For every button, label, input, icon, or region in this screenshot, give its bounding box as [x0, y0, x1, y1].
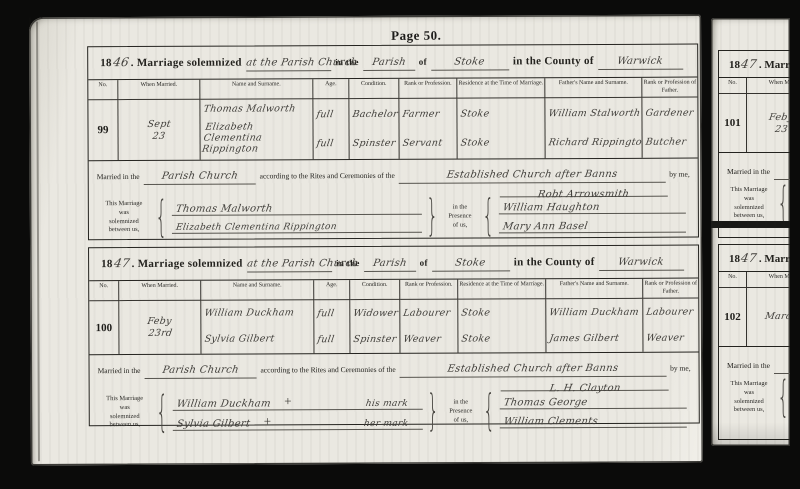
solemnized-section: This Marriage was solemnized between us,…: [89, 197, 698, 240]
groom-name: William Duckham: [203, 309, 311, 320]
fathers-cell: William Stalworth Richard Rippington: [545, 98, 642, 158]
year-handwritten: 47: [740, 251, 758, 265]
rites-fill: Established Church after Banns: [399, 164, 666, 184]
witness1-signature: Thomas George: [503, 397, 589, 408]
bride-mark-text: her mark: [363, 419, 409, 429]
label-of: of: [419, 57, 427, 67]
col-header-profession: Rank or Profession.: [400, 280, 458, 300]
witness2-signature: William Clements: [503, 415, 599, 426]
groom-profession: Farmer: [402, 109, 455, 120]
col-header-profession: Rank or Profession.: [399, 79, 457, 99]
register-table: No. When Married. Name and Surname. Age.…: [88, 77, 697, 162]
groom-profession: Labourer: [402, 308, 455, 319]
bride-signature-line: Sylvia Gilbert + her mark: [172, 413, 422, 431]
this-marriage-l3: solemnized: [110, 412, 140, 419]
bride-condition: Spinster: [353, 334, 398, 345]
presence-l1: in the: [453, 398, 468, 405]
parish-word-handwritten: Parish: [372, 258, 407, 269]
witness2-line: Mary Ann Basel: [499, 217, 686, 233]
year-printed: 18: [101, 258, 113, 270]
bride-signature-line: Elizabeth Clementina Rippington: [171, 218, 421, 234]
bride-father-profession: Weaver: [646, 332, 697, 343]
parish-line: Stoke: [432, 252, 510, 271]
place-line: at the Parish Church: [247, 253, 333, 272]
witness1-line: Thomas George: [499, 393, 686, 409]
entry-no-cell: 102: [719, 288, 747, 346]
presence-l2: Presence: [448, 213, 471, 220]
this-marriage-label: This Marriage was solemnized between us,: [95, 200, 153, 235]
when-day: 23: [774, 124, 788, 135]
place-handwritten: at the Parish Church: [246, 258, 359, 269]
when-married-month: Feby: [147, 316, 173, 327]
col-header-no: No.: [719, 272, 747, 288]
bride-profession: Weaver: [403, 333, 456, 344]
father-professions-cell: Gardener Butcher: [642, 98, 697, 158]
witness-brace: {: [483, 389, 495, 432]
col-header-name: Name and Surname.: [201, 280, 314, 300]
witness2-line: William Clements: [499, 412, 686, 428]
open-brace: {: [156, 391, 168, 434]
when-married-cell: Feby 23rd: [119, 301, 201, 354]
year-printed: 18: [729, 59, 740, 71]
entry-number: 102: [724, 311, 741, 323]
page-edge: [36, 21, 40, 461]
label-of: of: [420, 258, 428, 268]
bride-father: Richard Rippington: [548, 137, 640, 148]
col-header-when-married: When Married.: [119, 281, 201, 301]
year-handwritten: 47: [113, 256, 131, 270]
close-brace: }: [426, 195, 438, 238]
witness2-signature: Mary Ann Basel: [502, 221, 589, 232]
married-in-fill: Parish Church: [144, 165, 256, 184]
this-marriage-label: This Marriage was solemnized between us,: [723, 380, 775, 415]
married-in-handwritten: Parish Church: [161, 171, 239, 182]
col-header-age: Age.: [314, 280, 350, 300]
residences-cell: Stoke Stoke: [457, 98, 545, 158]
this-marriage-l2: was: [744, 389, 754, 396]
groom-mark-cross: +: [284, 393, 291, 409]
block1-title: 18 46 . Marriage solemnized at the Paris…: [88, 45, 697, 80]
minister-fill: L. H. Clayton: [501, 378, 669, 392]
witness1-line: William Haughton: [498, 198, 685, 214]
this-marriage-l4: between us,: [734, 212, 765, 219]
groom-age: full: [316, 308, 347, 319]
bride-mark-cross: +: [264, 413, 271, 429]
place-line: at the Parish Church: [246, 52, 332, 71]
col-header-when: When Mar: [747, 78, 790, 94]
when-married-day: 23rd: [147, 328, 173, 339]
this-marriage-l1: This Marriage: [730, 186, 767, 193]
presence-l2: Presence: [449, 407, 472, 414]
label-rites: according to the Rites and Ceremonies of…: [260, 365, 395, 375]
married-in-line: Married in the Parish Church according t…: [89, 159, 698, 186]
col-header-no: No.: [719, 78, 747, 94]
bride-residence: Stoke: [460, 137, 543, 148]
label-by-me: by me,: [669, 170, 689, 179]
year-printed: 18: [100, 57, 112, 69]
right-register-table: No. When Mar 102 March: [719, 271, 790, 347]
witness-brace: {: [482, 195, 494, 238]
married-in-fill: Wa: [774, 355, 790, 374]
bride-residence: Stoke: [461, 333, 544, 344]
entry-number: 100: [96, 322, 113, 334]
block2-title: 18 47 . Marriage solemnized at the Paris…: [89, 246, 698, 281]
groom-mark-text: his mark: [365, 399, 409, 409]
fathers-cell: William Duckham James Gilbert: [546, 299, 643, 352]
groom-signature-line: William Duckham + his mark: [172, 393, 422, 411]
year-handwritten: 47: [740, 57, 758, 71]
married-in-handwritten: Parish Church: [162, 365, 240, 376]
minister-signature-line: Robt Arrowsmith: [89, 183, 698, 200]
register-page-left: Page 50. 18 46 . Marriage solemnized at …: [29, 15, 703, 466]
solemnized-section: This Marriage was solemnized between us,…: [719, 180, 790, 221]
groom-father-profession: Labourer: [645, 307, 696, 318]
register-table: No. When Married. Name and Surname. Age.…: [89, 278, 698, 356]
county-handwritten: Warwick: [617, 56, 664, 67]
marriage-record-block-1847: 18 47 . Marriage solemnized at the Paris…: [88, 245, 700, 427]
groom-father-profession: Gardener: [645, 108, 696, 119]
close-brace: }: [427, 390, 439, 433]
party-signatures: Thomas Malworth Elizabeth Clementina Rip…: [171, 200, 421, 234]
county-line: Warwick: [598, 51, 684, 70]
parish-word-handwritten: Parish: [371, 57, 406, 68]
bride-signature: Sylvia Gilbert: [176, 419, 251, 430]
groom-name: Thomas Malworth: [203, 104, 311, 115]
page-number: Page 50.: [391, 28, 441, 44]
this-marriage-l3: solemnized: [734, 398, 764, 405]
register-page-right-partial: 18 47 . Marr No. When Mar 101 Feby 23 Ma…: [711, 18, 790, 446]
rites-handwritten: Established Church after Banns: [446, 169, 618, 181]
county-line: Warwick: [599, 252, 685, 271]
names-cell: Thomas Malworth Elizabeth Clementina Rip…: [200, 99, 313, 159]
entry-number: 99: [97, 124, 108, 136]
conditions-cell: Bachelor Spinster: [349, 99, 399, 159]
married-in-line: Married in the Wa: [719, 347, 790, 374]
col-header-name: Name and Surname.: [200, 79, 313, 99]
presence-label: in the Presence of us,: [440, 202, 480, 229]
label-county: in the County of: [514, 256, 595, 268]
bride-father: James Gilbert: [549, 333, 641, 344]
col-header-no: No.: [89, 281, 119, 301]
groom-residence: Stoke: [460, 307, 543, 318]
residences-cell: Stoke Stoke: [458, 299, 546, 352]
professions-cell: Labourer Weaver: [400, 300, 458, 353]
col-header-father-profession: Rank or Profession of Father.: [643, 279, 698, 299]
groom-age: full: [316, 109, 347, 120]
parish-handwritten: Stoke: [454, 56, 486, 67]
col-header-father-profession: Rank or Profession of Father.: [642, 78, 697, 98]
page-fold-shadow: [711, 221, 790, 228]
bride-name: Elizabeth Clementina Rippington: [201, 122, 312, 155]
parish-line: Stoke: [431, 51, 509, 70]
bride-profession: Servant: [402, 138, 455, 149]
bride-age: full: [317, 334, 348, 345]
solemnized-section: This Marriage was solemnized between us,…: [90, 391, 699, 436]
this-marriage-l1: This Marriage: [105, 200, 142, 207]
witness-signatures: Thomas George William Clements: [499, 393, 687, 428]
ages-cell: full full: [313, 99, 349, 159]
col-header-age: Age.: [313, 79, 349, 99]
presence-l3: of us,: [453, 222, 467, 229]
minister-signature: L. H. Clayton: [548, 383, 621, 394]
col-header-condition: Condition.: [349, 79, 399, 99]
label-married-in: Married in the: [727, 167, 770, 176]
when-married-cell: March: [747, 288, 790, 346]
title-fragment: . Marri: [759, 253, 790, 265]
this-marriage-l2: was: [744, 195, 754, 202]
names-cell: William Duckham Sylvia Gilbert: [201, 300, 314, 353]
this-marriage-l2: was: [120, 404, 130, 411]
right-block1-title: 18 47 . Marr: [719, 51, 790, 73]
label-married-in: Married in the: [97, 172, 140, 181]
when-month: March: [764, 311, 790, 322]
open-brace: {: [777, 182, 789, 225]
father-professions-cell: Labourer Weaver: [643, 299, 698, 352]
col-header-when: When Mar: [747, 272, 790, 288]
parish-handwritten: Stoke: [455, 257, 487, 268]
parish-word-line: Parish: [363, 52, 415, 71]
conditions-cell: Widower Spinster: [350, 300, 400, 353]
right-register-table: No. When Mar 101 Feby 23: [719, 77, 790, 153]
rites-fill: Established Church after Banns: [400, 358, 667, 378]
this-marriage-l1: This Marriage: [106, 395, 143, 402]
label-county: in the County of: [513, 55, 594, 67]
this-marriage-l4: between us,: [734, 406, 765, 413]
col-header-condition: Condition.: [350, 280, 400, 300]
when-married-day: 23: [152, 130, 166, 141]
entry-number: 101: [724, 117, 741, 129]
col-header-when-married: When Married.: [118, 80, 200, 100]
right-block2-title: 18 47 . Marri: [719, 245, 790, 267]
party-signatures: William Duckham + his mark Sylvia Gilber…: [172, 393, 422, 431]
professions-cell: Farmer Servant: [399, 99, 457, 159]
married-in-line: Married in the Parish Church according t…: [90, 353, 699, 380]
when-married-cell: Sept 23: [118, 100, 200, 160]
label-rites: according to the Rites and Ceremonies of…: [260, 171, 395, 181]
col-header-residence: Residence at the Time of Marriage.: [458, 279, 546, 299]
entry-no-cell: 99: [88, 100, 118, 160]
open-brace: {: [155, 196, 167, 239]
groom-signature: Thomas Malworth: [175, 203, 273, 214]
year-printed: 18: [729, 253, 740, 265]
groom-condition: Bachelor: [352, 109, 397, 120]
entry-no-cell: 101: [719, 94, 747, 152]
minister-fill: Robt Arrowsmith: [500, 184, 668, 198]
label-married-in: Married in the: [98, 366, 141, 375]
title-text: . Marriage solemnized: [132, 258, 243, 270]
county-handwritten: Warwick: [618, 257, 665, 268]
this-marriage-l3: solemnized: [109, 218, 139, 225]
presence-l1: in the: [453, 203, 468, 210]
col-header-no: No.: [88, 80, 118, 100]
open-brace: {: [777, 376, 789, 419]
married-in-line: Married in the Pa: [719, 153, 790, 180]
married-in-fill: Pa: [774, 161, 790, 180]
this-marriage-label: This Marriage was solemnized between us,: [723, 186, 775, 221]
groom-residence: Stoke: [460, 108, 543, 119]
ages-cell: full full: [314, 300, 350, 353]
presence-l3: of us,: [454, 417, 468, 424]
this-marriage-l2: was: [119, 209, 129, 216]
when-married-month: Sept: [147, 118, 172, 129]
groom-signature-line: Thomas Malworth: [171, 200, 421, 216]
groom-father: William Stalworth: [548, 108, 640, 119]
rites-handwritten: Established Church after Banns: [447, 363, 619, 375]
place-handwritten: at the Parish Church: [245, 57, 358, 68]
right-record-block-101: 18 47 . Marr No. When Mar 101 Feby 23 Ma…: [718, 50, 790, 238]
witness-signatures: William Haughton Mary Ann Basel: [498, 198, 686, 233]
col-header-father: Father's Name and Surname.: [546, 279, 643, 299]
this-marriage-l4: between us,: [109, 226, 140, 233]
bride-condition: Spinster: [352, 138, 397, 149]
year-handwritten: 46: [112, 55, 130, 69]
marriage-record-block-1846: 18 46 . Marriage solemnized at the Paris…: [87, 44, 699, 241]
title-text: . Marriage solemnized: [131, 57, 242, 69]
this-marriage-l4: between us,: [109, 421, 140, 428]
label-by-me: by me,: [670, 364, 690, 373]
bride-age: full: [316, 138, 347, 149]
col-header-father: Father's Name and Surname.: [545, 78, 642, 98]
scan-shadow: [711, 422, 790, 446]
col-header-residence: Residence at the Time of Marriage.: [457, 78, 545, 98]
this-marriage-l3: solemnized: [734, 204, 764, 211]
groom-father: William Duckham: [548, 307, 640, 318]
when-married-cell: Feby 23: [747, 94, 790, 152]
this-marriage-l1: This Marriage: [730, 380, 767, 387]
parish-word-line: Parish: [364, 253, 416, 272]
witness1-signature: William Haughton: [502, 202, 600, 213]
solemnized-section: This Marriage was solemnized between us,…: [719, 374, 790, 415]
right-record-block-102: 18 47 . Marri No. When Mar 102 March Mar…: [718, 244, 790, 440]
bride-name: Sylvia Gilbert: [204, 334, 312, 345]
label-married-in: Married in the: [727, 361, 770, 370]
bride-signature: Elizabeth Clementina Rippington: [175, 222, 337, 233]
minister-signature-line: L. H. Clayton: [90, 377, 699, 394]
minister-signature: Robt Arrowsmith: [537, 189, 630, 200]
presence-label: in the Presence of us,: [441, 397, 481, 424]
this-marriage-label: This Marriage was solemnized between us,: [96, 395, 154, 430]
title-fragment: . Marr: [759, 59, 790, 71]
groom-condition: Widower: [352, 308, 397, 319]
groom-signature: William Duckham: [175, 398, 271, 409]
bride-father-profession: Butcher: [645, 137, 696, 148]
married-in-fill: Parish Church: [144, 359, 256, 378]
entry-no-cell: 100: [89, 301, 119, 354]
when-month: Feby: [768, 112, 790, 123]
